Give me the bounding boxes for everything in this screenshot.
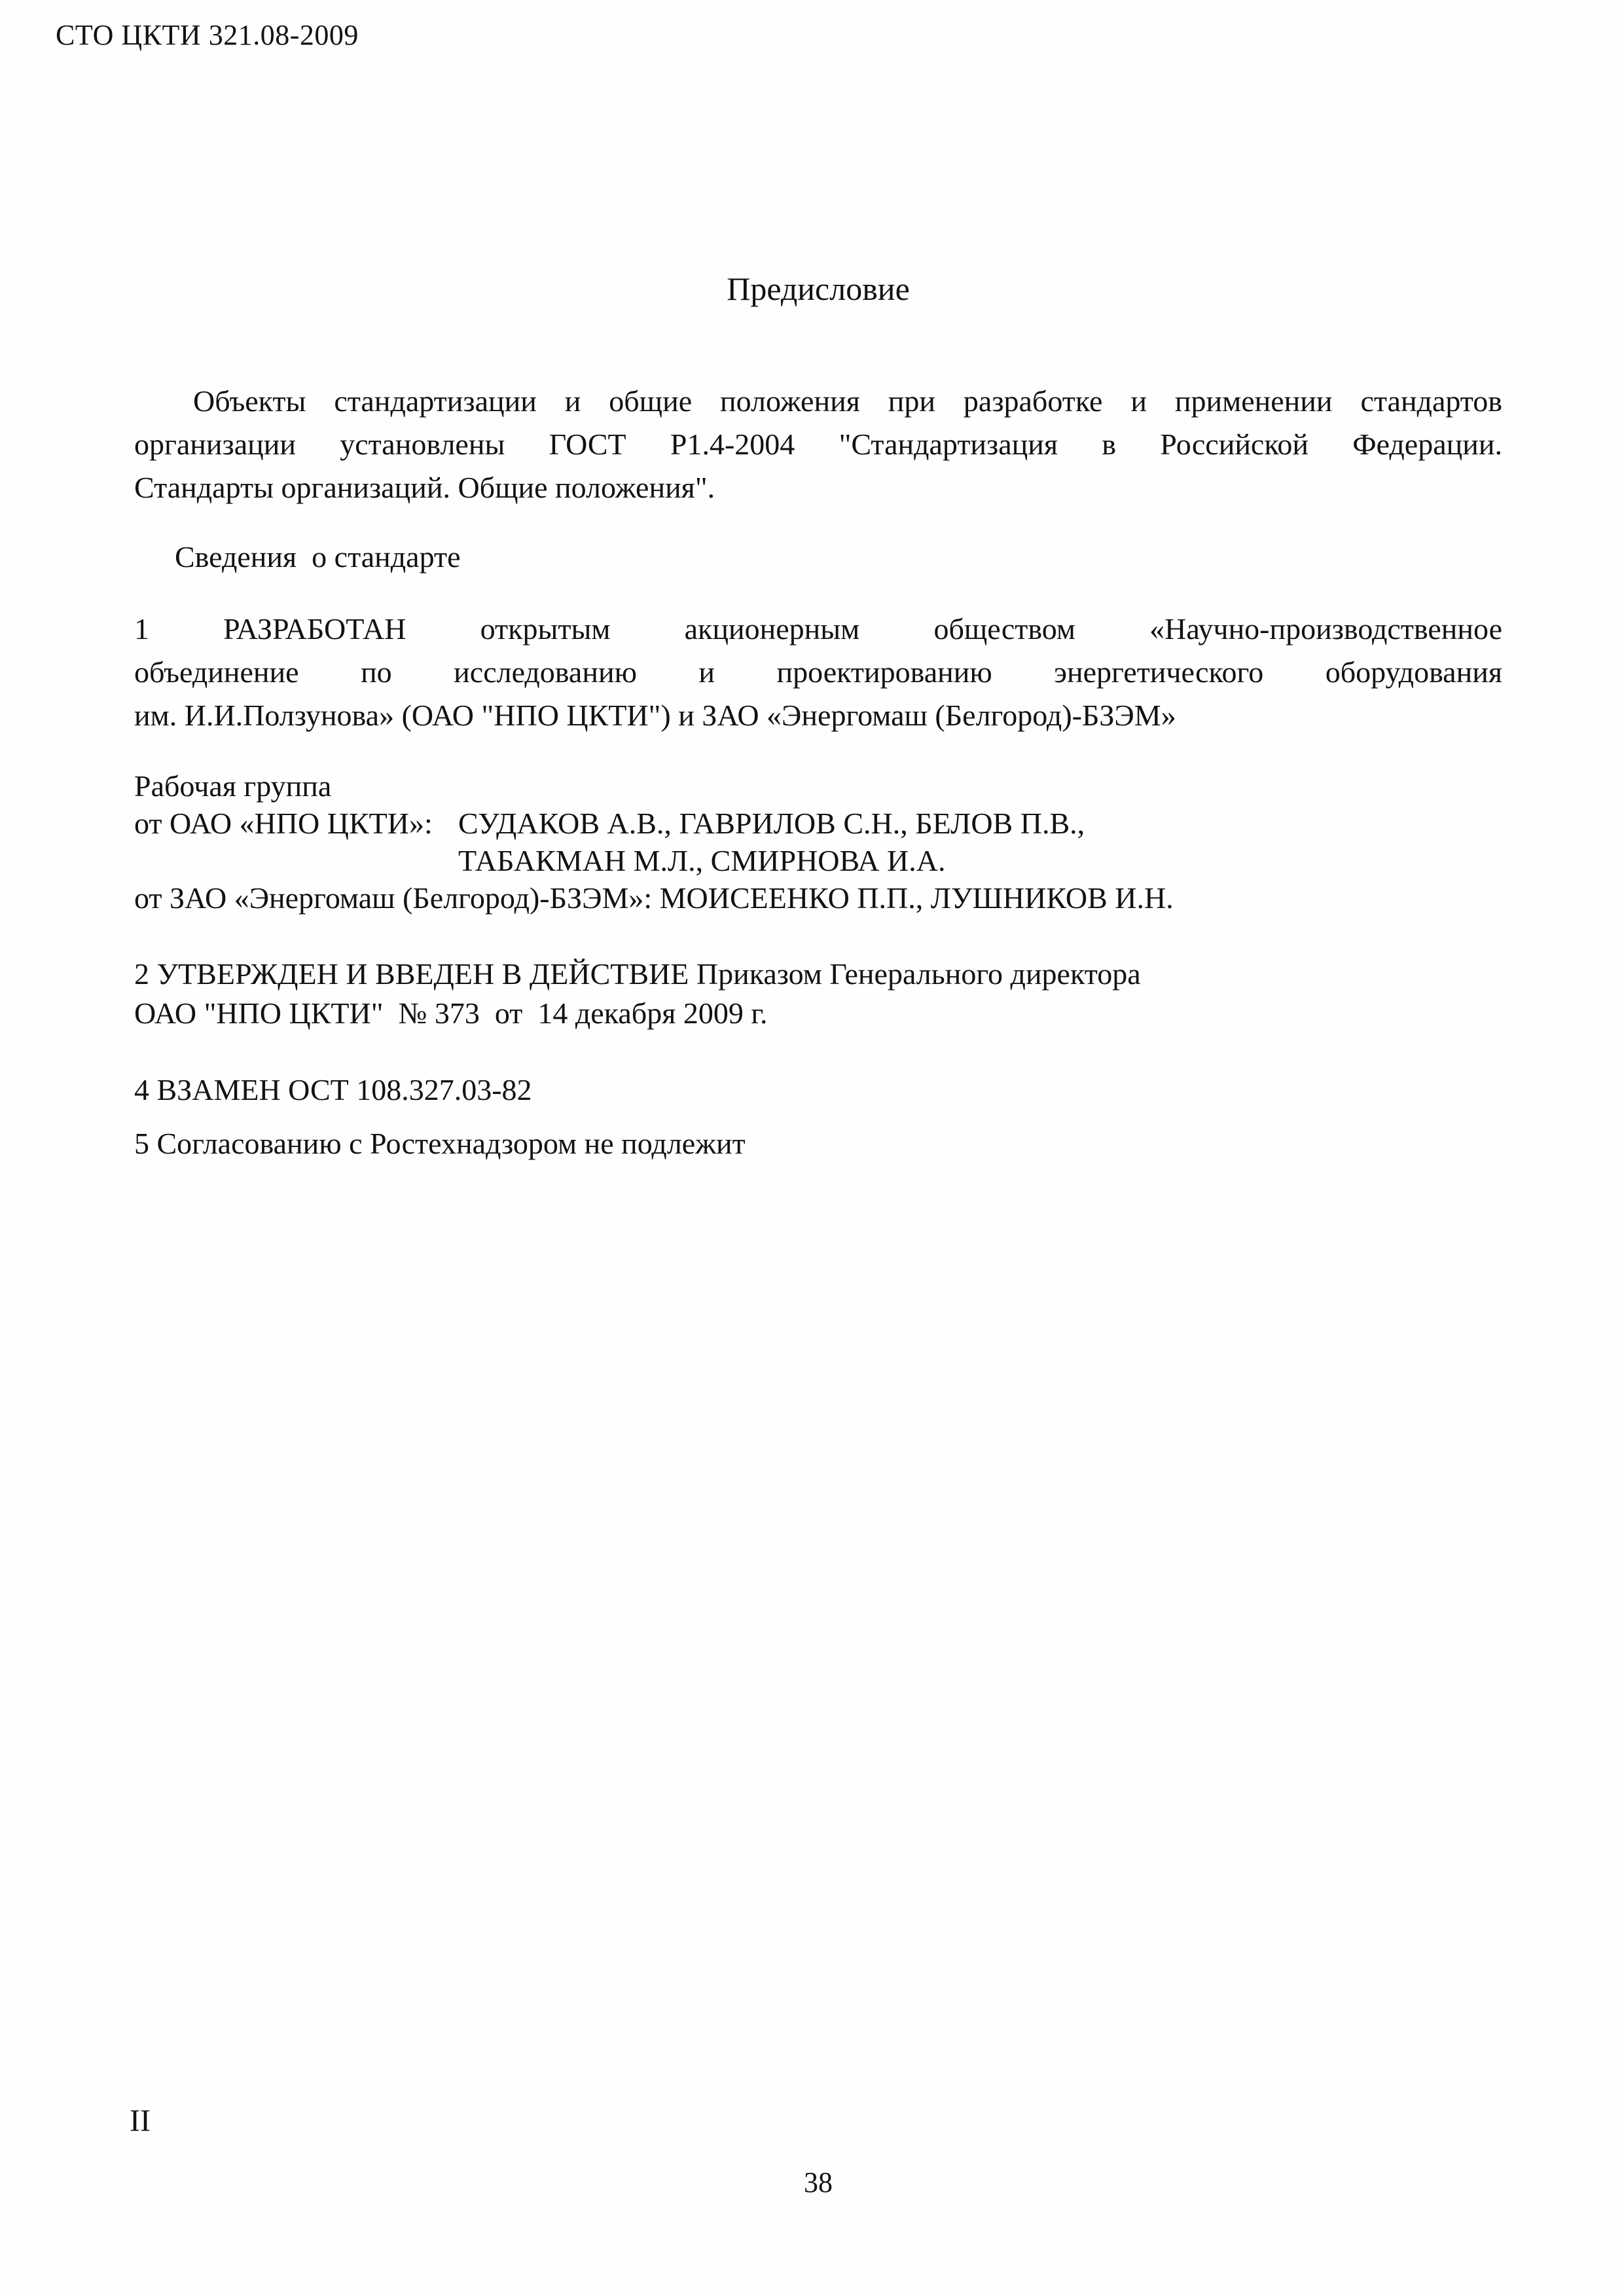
document-page: СТО ЦКТИ 321.08-2009 Предисловие Объекты… [0, 0, 1624, 2296]
clause-developed-line: им. И.И.Ползунова» (ОАО "НПО ЦКТИ") и ЗА… [134, 694, 1502, 737]
working-group-row: от ЗАО «Энергомаш (Белгород)-БЗЭМ»: МОИС… [134, 879, 1502, 917]
document-code: СТО ЦКТИ 321.08-2009 [56, 18, 359, 52]
standard-info-heading: Сведения о стандарте [134, 536, 1543, 579]
page-title: Предисловие [134, 270, 1502, 308]
working-group-label: Рабочая группа [134, 767, 1502, 805]
page-number: 38 [134, 2166, 1502, 2199]
sheet-roman-numeral: II [130, 2103, 151, 2139]
intro-line: Объекты стандартизации и общие положения… [134, 380, 1502, 423]
clause-developed-line: 1 РАЗРАБОТАН открытым акционерным общест… [134, 608, 1502, 651]
clause-replaces: 4 ВЗАМЕН ОСТ 108.327.03-82 [134, 1068, 1502, 1112]
clause-approved-line: 2 УТВЕРЖДЕН И ВВЕДЕН В ДЕЙСТВИЕ Приказом… [134, 955, 1502, 994]
intro-paragraph: Объекты стандартизации и общие положения… [134, 380, 1502, 509]
intro-line: Стандарты организаций. Общие положения". [134, 466, 1502, 509]
working-group-members: СУДАКОВ А.В., ГАВРИЛОВ С.Н., БЕЛОВ П.В., [458, 807, 1085, 840]
clause-developed: 1 РАЗРАБОТАН открытым акционерным общест… [134, 608, 1502, 737]
working-group-row: ТАБАКМАН М.Л., СМИРНОВА И.А. [134, 842, 1502, 879]
clause-approved-line: ОАО "НПО ЦКТИ" № 373 от 14 декабря 2009 … [134, 994, 1502, 1033]
clause-developed-line: объединение по исследованию и проектиров… [134, 651, 1502, 694]
working-group-row: от ОАО «НПО ЦКТИ»:СУДАКОВ А.В., ГАВРИЛОВ… [134, 805, 1502, 842]
clause-approval-not-required: 5 Согласованию с Ростехнадзором не подле… [134, 1122, 1502, 1165]
working-group-org: от ОАО «НПО ЦКТИ»: [134, 805, 458, 842]
clause-approved: 2 УТВЕРЖДЕН И ВВЕДЕН В ДЕЙСТВИЕ Приказом… [134, 955, 1502, 1033]
working-group-block: Рабочая группа от ОАО «НПО ЦКТИ»:СУДАКОВ… [134, 767, 1502, 917]
intro-line: организации установлены ГОСТ Р1.4-2004 "… [134, 423, 1502, 466]
